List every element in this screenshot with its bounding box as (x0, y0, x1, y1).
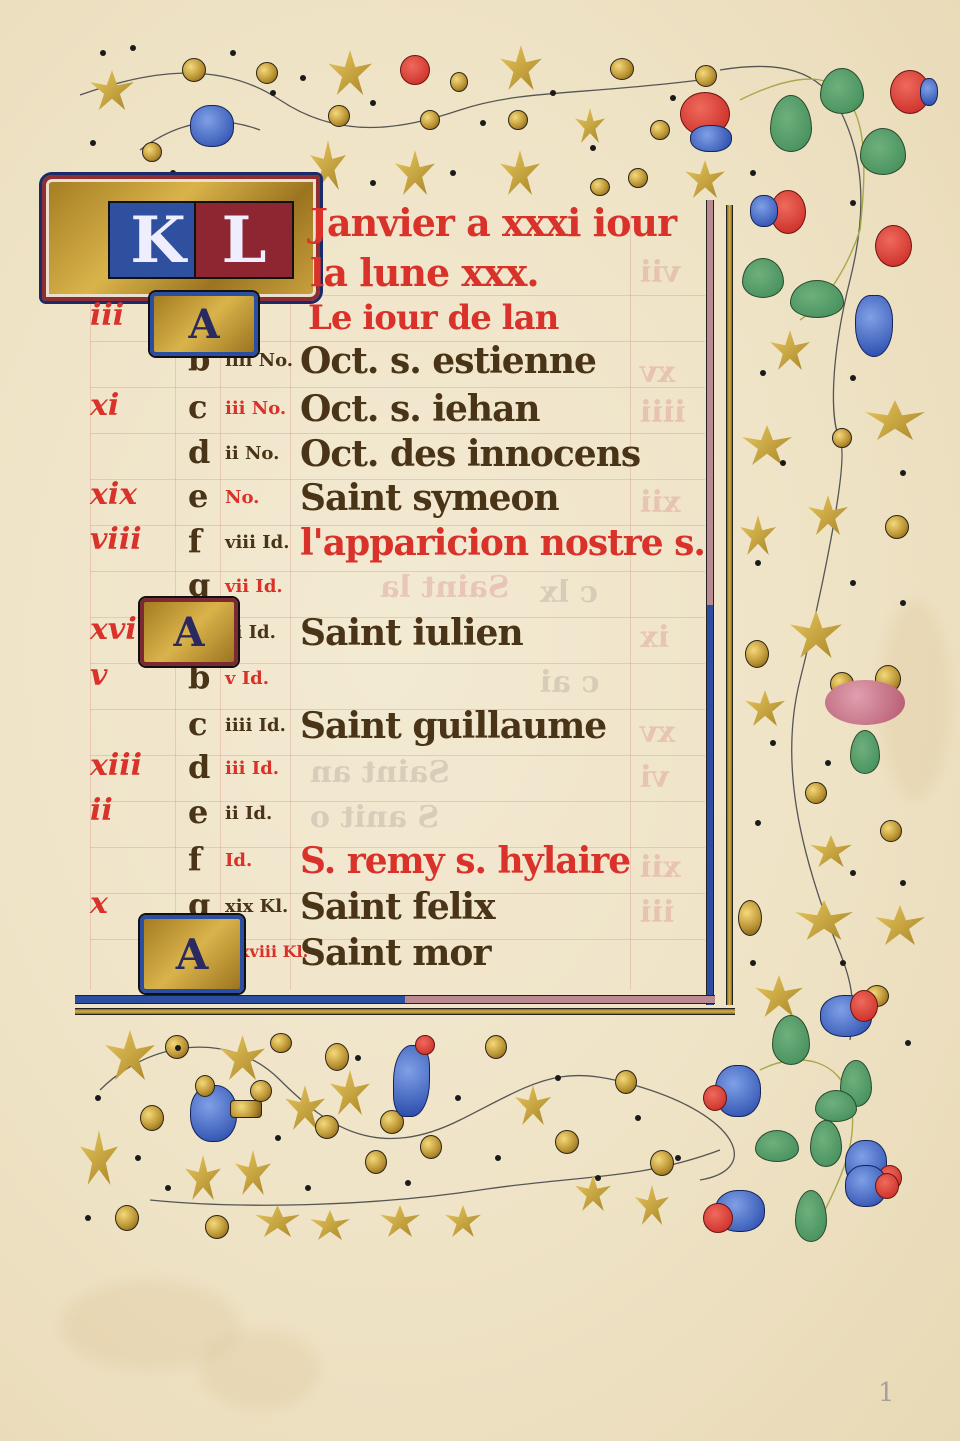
gold-ivy-leaf-icon (90, 70, 134, 110)
blue-flower-icon (920, 78, 938, 106)
gold-bar-icon (230, 1100, 262, 1118)
dominical-letter: d (188, 433, 218, 471)
blue-flower-icon (190, 105, 234, 147)
initial-a-icon: A (140, 598, 238, 666)
red-berry-icon (875, 1173, 899, 1199)
gold-bezant-icon (270, 1033, 292, 1053)
roman-date: ii Id. (225, 803, 305, 824)
gold-bezant-icon (315, 1115, 339, 1139)
red-berry-icon (400, 55, 430, 85)
gold-bezant-icon (832, 428, 852, 448)
gold-bezant-icon (205, 1215, 229, 1239)
gold-ivy-leaf-icon (745, 690, 785, 726)
calendar-row: viii f viii Id. l'apparicion nostre s. (90, 522, 690, 568)
green-leaf-icon (770, 95, 812, 152)
gold-bezant-icon (738, 900, 762, 936)
feast-name: l'apparicion nostre s. (300, 522, 705, 564)
roman-date: xix Kl. (225, 896, 305, 917)
gold-bezant-icon (365, 1150, 387, 1174)
gold-ivy-leaf-icon (500, 45, 542, 90)
dominical-letter: f (188, 522, 218, 560)
dominical-letter: e (188, 793, 218, 831)
gold-bezant-icon (610, 58, 634, 80)
gold-ivy-leaf-icon (330, 1070, 370, 1115)
gold-ivy-leaf-icon (515, 1085, 551, 1125)
green-leaf-icon (810, 1120, 842, 1167)
feast-name: Saint iulien (300, 612, 523, 654)
gold-bezant-icon (650, 120, 670, 140)
blue-flower-icon (750, 195, 778, 227)
month-heading: Janvier a xxxi iour (310, 200, 676, 245)
gold-bezant-icon (256, 62, 278, 84)
gold-ivy-leaf-icon (380, 1205, 420, 1237)
gold-bezant-icon (420, 1135, 442, 1159)
golden-number: xiii (90, 748, 160, 783)
calendar-row: d ii No. Oct. des innocens (90, 433, 690, 479)
dominical-letter: e (188, 477, 218, 515)
gold-ivy-leaf-icon (808, 495, 848, 535)
feast-name: Saint guillaume (300, 705, 606, 747)
feast-name: Saint mor (300, 932, 490, 974)
feast-name: S. remy s. hylaire (300, 840, 630, 882)
gold-bezant-icon (115, 1205, 139, 1231)
gold-ivy-leaf-icon (255, 1205, 300, 1237)
gold-bezant-icon (885, 515, 909, 539)
frame-vertical-gold (726, 205, 733, 1005)
initial-a-icon: A (150, 292, 258, 356)
gold-ivy-leaf-icon (865, 400, 925, 440)
gold-bezant-icon (628, 168, 648, 188)
gold-ivy-leaf-icon (105, 1030, 155, 1080)
roman-date: iii Id. (225, 758, 305, 779)
gold-ivy-leaf-icon (395, 150, 435, 195)
dominical-letter: c (188, 705, 218, 743)
gold-bezant-icon (195, 1075, 215, 1097)
gold-ivy-leaf-icon (575, 108, 605, 143)
golden-number: xix (90, 477, 160, 512)
gold-ivy-leaf-icon (445, 1205, 481, 1237)
feast-name: Saint symeon (300, 477, 559, 519)
lunar-heading: la lune xxx. (310, 250, 539, 295)
feast-name: Saint felix (300, 886, 495, 928)
gold-ivy-leaf-icon (220, 1035, 265, 1080)
roman-date: viii Id. (225, 532, 305, 553)
initial-l: L (194, 201, 294, 279)
roman-date: No. (225, 487, 305, 508)
gold-bezant-icon (805, 782, 827, 804)
folio-mark: 1 (878, 1378, 895, 1408)
initial-a-icon: A (140, 915, 244, 993)
pink-flower-icon (825, 680, 905, 725)
blue-flower-icon (393, 1045, 430, 1117)
gold-bezant-icon (745, 640, 769, 668)
gold-ivy-leaf-icon (575, 1175, 611, 1211)
gold-ivy-leaf-icon (810, 835, 852, 867)
roman-date: iii No. (225, 398, 305, 419)
green-leaf-icon (742, 258, 784, 298)
gold-ivy-leaf-icon (755, 975, 803, 1017)
dominical-letter: c (188, 388, 218, 426)
gold-bezant-icon (615, 1070, 637, 1094)
gold-ivy-leaf-icon (235, 1150, 271, 1195)
green-leaf-icon (790, 280, 844, 318)
calendar-row: xix e No. Saint symeon (90, 477, 690, 523)
gold-ivy-leaf-icon (875, 905, 925, 945)
green-leaf-icon (850, 730, 880, 774)
feast-name: Le iour de lan (308, 298, 558, 338)
gold-ivy-leaf-icon (185, 1155, 221, 1200)
blue-flower-icon (690, 125, 732, 152)
gold-bezant-icon (485, 1035, 507, 1059)
feast-name: Oct. des innocens (300, 433, 640, 475)
green-leaf-icon (860, 128, 906, 175)
roman-date: v Id. (225, 668, 305, 689)
gold-bezant-icon (508, 110, 528, 130)
roman-date: ii No. (225, 443, 305, 464)
roman-date: vii Id. (225, 576, 305, 597)
kl-initial-icon: K L (42, 175, 320, 301)
gold-bezant-icon (325, 1043, 349, 1071)
calendar-row: c iiii Id. Saint guillaume (90, 705, 690, 751)
gold-ivy-leaf-icon (790, 610, 842, 658)
calendar-row: xi c iii No. Oct. s. iehan (90, 388, 690, 434)
initial-k: K (108, 201, 208, 279)
red-berry-icon (415, 1035, 435, 1055)
roman-date: iiii Id. (225, 715, 305, 736)
gold-bezant-icon (140, 1105, 164, 1131)
gold-bezant-icon (250, 1080, 272, 1102)
calendar-row: xiii d iii Id. (90, 748, 690, 794)
calendar-row: ii e ii Id. (90, 793, 690, 839)
gold-bezant-icon (590, 178, 610, 196)
gold-ivy-leaf-icon (770, 330, 810, 370)
gold-bezant-icon (328, 105, 350, 127)
red-berry-icon (703, 1085, 727, 1111)
gold-bezant-icon (695, 65, 717, 87)
frame-horizontal-bar (75, 995, 715, 1003)
gold-ivy-leaf-icon (742, 425, 792, 465)
dominical-letter: d (188, 748, 218, 786)
manuscript-page: vii xv iiii xii ix xv vi xii iii Saint a… (0, 0, 960, 1441)
dominical-letter: f (188, 840, 218, 878)
golden-number: xi (90, 388, 160, 423)
green-leaf-icon (820, 68, 864, 114)
frame-horizontal-gold (75, 1008, 735, 1015)
bluebell-icon (855, 295, 893, 357)
gold-bezant-icon (650, 1150, 674, 1176)
gold-bezant-icon (142, 142, 162, 162)
gold-bezant-icon (450, 72, 468, 92)
gold-ivy-leaf-icon (500, 150, 540, 195)
gold-ivy-leaf-icon (635, 1185, 669, 1225)
gold-ivy-leaf-icon (328, 50, 372, 95)
calendar-row: f Id. S. remy s. hylaire (90, 840, 690, 886)
gold-ivy-leaf-icon (310, 1210, 350, 1240)
bottom-border-decoration (75, 1015, 955, 1240)
gold-bezant-icon (555, 1130, 579, 1154)
gold-ivy-leaf-icon (80, 1130, 118, 1185)
frame-vertical-bar (706, 200, 716, 1000)
roman-date: Id. (225, 850, 305, 871)
gold-ivy-leaf-icon (795, 900, 853, 940)
gold-bezant-icon (880, 820, 902, 842)
golden-number: ii (90, 793, 160, 828)
gold-ivy-leaf-icon (740, 515, 776, 555)
gold-bezant-icon (420, 110, 440, 130)
feast-name: Oct. s. estienne (300, 340, 596, 382)
red-flower-icon (875, 225, 912, 267)
golden-number: viii (90, 522, 160, 557)
green-leaf-icon (755, 1130, 799, 1162)
red-berry-icon (703, 1203, 733, 1233)
gold-bezant-icon (182, 58, 206, 82)
feast-name: Oct. s. iehan (300, 388, 540, 430)
